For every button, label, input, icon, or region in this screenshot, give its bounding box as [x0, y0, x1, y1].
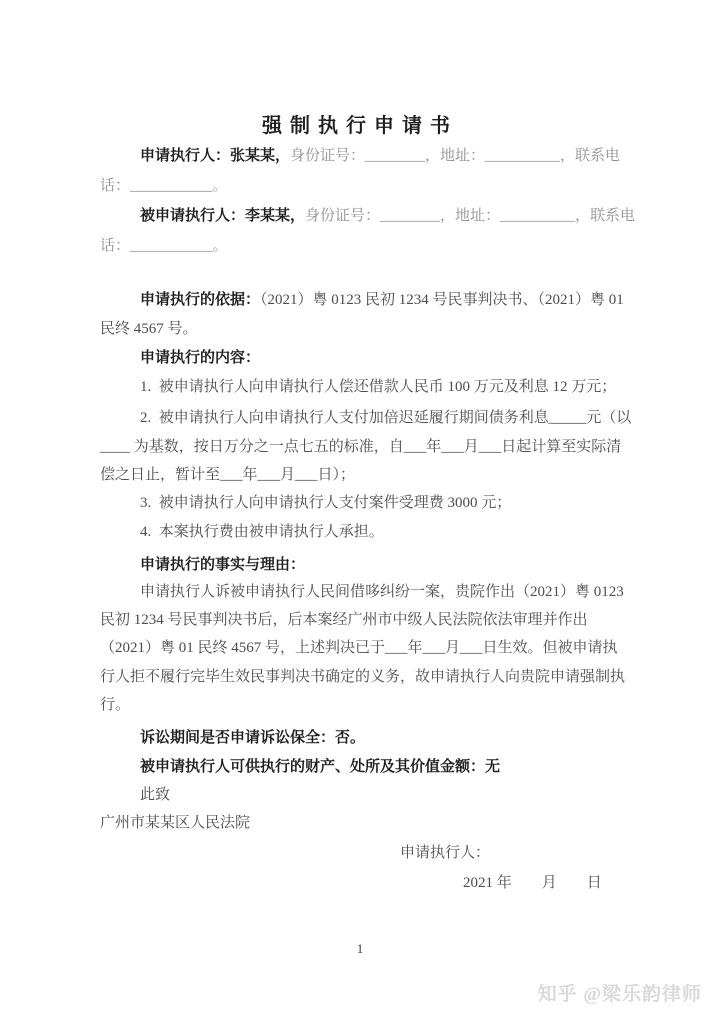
page-number: 1 — [0, 941, 720, 957]
text-segment: 申请执行的事实与理由： — [140, 557, 305, 573]
text-segment: 行。 — [100, 697, 130, 713]
basis-line-1: 申请执行的依据：（2021）粤 0123 民初 1234 号民事判决书、（202… — [100, 290, 624, 310]
text-segment: 申请执行人： — [400, 845, 490, 861]
text-segment: 2021 年 月 日 — [463, 875, 602, 891]
party-applicant-line-2: 话：___________。 — [100, 176, 228, 196]
content-item-3: 3. 被申请执行人向申请执行人支付案件受理费 3000 元； — [100, 493, 511, 513]
text-segment: 偿之日止，暂计至___年___月___日）； — [100, 467, 355, 483]
facts-line-3: （2021）粤 01 民终 4567 号，上述判决已于___年___月___日生… — [100, 638, 618, 658]
text-segment: 身份证号：________，地址：__________，联系电 — [290, 148, 620, 164]
facts-line-2: 民初 1234 号民事判决书后，后本案经广州市中级人民法院依法审理并作出 — [100, 610, 588, 630]
text-segment: 话：___________。 — [100, 238, 228, 254]
text-segment: 广州市某某区人民法院 — [100, 815, 250, 831]
text-segment: 此致 — [140, 787, 170, 803]
text-segment: 申请执行的内容： — [140, 350, 260, 366]
text-segment: 身份证号：________，地址：__________，联系电 — [305, 208, 635, 224]
zhihu-watermark: 知乎 @梁乐韵律师 — [538, 979, 702, 1006]
party-respondent-line-1: 被申请执行人：李某某，身份证号：________，地址：__________，联… — [100, 206, 635, 226]
text-segment: 4. 本案执行费由被申请执行人承担。 — [140, 524, 384, 540]
text-segment: 被申请执行人可供执行的财产、处所及其价值金额：无 — [140, 759, 500, 775]
text-segment: 申请执行人：张某某， — [140, 148, 290, 164]
text-segment: 民终 4567 号。 — [100, 321, 198, 337]
text-segment: （2021）粤 01 民终 4567 号，上述判决已于___年___月___日生… — [100, 640, 618, 656]
facts-line-5: 行。 — [100, 695, 130, 715]
text-segment: 1. 被申请执行人向申请执行人偿还借款人民币 100 万元及利息 12 万元； — [140, 379, 616, 395]
text-segment: 诉讼期间是否申请诉讼保全：否。 — [140, 730, 365, 746]
content-item-1: 1. 被申请执行人向申请执行人偿还借款人民币 100 万元及利息 12 万元； — [100, 377, 616, 397]
party-applicant-line-1: 申请执行人：张某某，身份证号：________，地址：__________，联系… — [100, 146, 620, 166]
property-line: 被申请执行人可供执行的财产、处所及其价值金额：无 — [100, 757, 500, 777]
document-title: 强制执行申请书 — [0, 109, 720, 138]
content-item-4: 4. 本案执行费由被申请执行人承担。 — [100, 522, 384, 542]
content-item-2-line-3: 偿之日止，暂计至___年___月___日）； — [100, 465, 355, 485]
text-segment: 被申请执行人：李某某， — [140, 208, 305, 224]
text-segment: 话：___________。 — [100, 178, 228, 194]
facts-line-4: 行人拒不履行完毕生效民事判决书确定的义务，故申请执行人向贵院申请强制执 — [100, 667, 625, 687]
text-segment: 2. 被申请执行人向申请执行人支付加倍迟延履行期间债务利息_____元（以 — [140, 410, 631, 426]
document-page: 强制执行申请书 申请执行人：张某某，身份证号：________，地址：_____… — [0, 0, 720, 1019]
facts-line-1: 申请执行人诉被申请执行人民间借哆纠纷一案，贵院作出（2021）粤 0123 — [100, 582, 624, 602]
signature-label: 申请执行人： — [400, 843, 490, 863]
salutation-line: 此致 — [100, 785, 170, 805]
preservation-line: 诉讼期间是否申请诉讼保全：否。 — [100, 728, 365, 748]
court-line: 广州市某某区人民法院 — [100, 813, 250, 833]
basis-line-2: 民终 4567 号。 — [100, 319, 198, 339]
content-item-2-line-1: 2. 被申请执行人向申请执行人支付加倍迟延履行期间债务利息_____元（以 — [100, 408, 631, 428]
party-respondent-line-2: 话：___________。 — [100, 236, 228, 256]
text-segment: ____ 为基数，按日万分之一点七五的标准，自___年___月___日起计算至实… — [100, 439, 621, 455]
content-heading: 申请执行的内容： — [100, 348, 260, 368]
text-segment: 民初 1234 号民事判决书后，后本案经广州市中级人民法院依法审理并作出 — [100, 612, 588, 628]
text-segment: 行人拒不履行完毕生效民事判决书确定的义务，故申请执行人向贵院申请强制执 — [100, 669, 625, 685]
signature-date: 2021 年 月 日 — [463, 873, 602, 893]
facts-heading: 申请执行的事实与理由： — [100, 555, 305, 575]
text-segment: 申请执行人诉被申请执行人民间借哆纠纷一案，贵院作出（2021）粤 0123 — [140, 584, 624, 600]
content-item-2-line-2: ____ 为基数，按日万分之一点七五的标准，自___年___月___日起计算至实… — [100, 437, 621, 457]
text-segment: 3. 被申请执行人向申请执行人支付案件受理费 3000 元； — [140, 495, 511, 511]
text-segment: （2021）粤 0123 民初 1234 号民事判决书、（2021）粤 01 — [260, 292, 624, 308]
text-segment: 申请执行的依据： — [140, 292, 260, 308]
